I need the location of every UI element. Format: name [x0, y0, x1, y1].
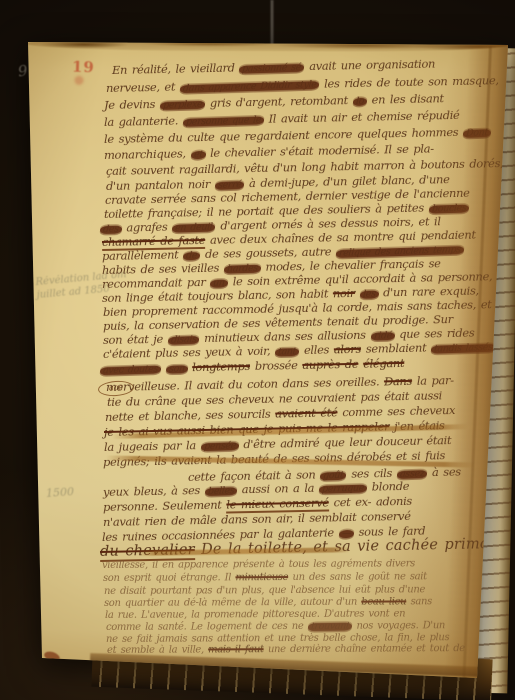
- handwriting-line: son quartier au dé-là même de la ville, …: [104, 596, 432, 609]
- handwriting-segment: monarchiques,: [104, 146, 191, 162]
- handwriting-line: ne disait pourtant pas d'un plus, que l'…: [104, 584, 425, 597]
- handwriting-segment: comme la santé. Le logement de ces ne: [106, 621, 308, 633]
- struck-out-segment: longtemps: [192, 359, 250, 374]
- handwriting-segment: personne. Seulement: [103, 498, 227, 514]
- struck-out-segment: tandis lassés: [431, 344, 496, 354]
- struck-out-segment: et: [190, 151, 206, 159]
- struck-out-segment: perruque: [319, 484, 368, 493]
- struck-out-segment: Dans: [384, 374, 412, 389]
- struck-out-segment: dans apparence Dididir style: [179, 81, 319, 93]
- handwriting-segment: [355, 286, 360, 300]
- handwriting-segment: sans: [406, 596, 432, 607]
- handwriting-segment: à ses: [427, 465, 461, 480]
- handwriting-segment: vieillesse, il en apparence présente à t…: [102, 558, 415, 571]
- struck-out-segment: ridé: [370, 332, 395, 341]
- struck-out-segment: avec doutes: [100, 365, 162, 375]
- struck-out-segment: alors: [334, 342, 361, 357]
- handwriting-segment: la rue. L'avenue, la promenade pittoresq…: [105, 608, 405, 621]
- handwriting-line: la rue. L'avenue, la promenade pittoresq…: [105, 608, 405, 621]
- handwriting-segment: son esprit quoi étrange. Il: [103, 572, 236, 584]
- struck-out-segment: goût: [320, 472, 347, 481]
- struck-out-segment: noir: [333, 286, 355, 300]
- struck-out-segment: belles: [204, 487, 237, 496]
- struck-out-segment: avaient été: [275, 405, 338, 420]
- struck-out-segment: les: [359, 290, 378, 299]
- manuscript-page: 19 Révélation lad om juillet ad 1850 150…: [0, 0, 515, 700]
- handwriting-segment: gris d'argent, retombant: [205, 93, 353, 110]
- struck-out-segment: auprès de: [302, 357, 358, 372]
- handwriting-segment: son état je: [103, 332, 168, 347]
- handwriting-segment: elles: [299, 342, 334, 357]
- struck-out-segment: des: [100, 225, 122, 234]
- handwriting-segment: aussi on a la: [237, 481, 319, 497]
- handwriting-segment: un des sans le goût ne sait: [288, 571, 427, 583]
- handwriting-segment: une dernière chaîne entamée et tout de: [264, 643, 465, 655]
- handwriting-segment: en les disant: [367, 91, 444, 107]
- handwriting-line: et semble à la ville, mais il faut une d…: [107, 643, 465, 656]
- handwriting-segment: nerveuse, et: [106, 80, 180, 95]
- struck-out-segment: minutieuse: [235, 572, 288, 583]
- struck-out-segment: mais il faut: [208, 644, 264, 655]
- handwriting-segment: agrafes: [121, 220, 172, 235]
- handwriting-segment: la jugeais par la: [104, 438, 201, 454]
- struck-out-segment: passionné sé: [239, 64, 305, 74]
- struck-out-segment: disais: [167, 336, 199, 345]
- handwriting-segment: blonde: [367, 479, 410, 494]
- handwriting-segment: la galanterie.: [104, 113, 183, 129]
- handwriting-segment: En réalité, le vieillard: [112, 60, 240, 77]
- handwriting-line: En réalité, le vieillard passionné sé av…: [112, 57, 435, 77]
- struck-out-segment: tant: [275, 348, 300, 357]
- handwriting-segment: nos voyages. D'un: [352, 620, 445, 631]
- handwriting-segment: comme ses cheveux: [337, 403, 455, 419]
- handwriting-segment: sous le fard: [354, 524, 426, 539]
- struck-out-segment: son: [165, 365, 188, 374]
- struck-out-segment: —: [338, 530, 354, 538]
- handwriting-segment: yeux bleus, à ses: [103, 483, 205, 499]
- struck-out-segment: Dont: [463, 129, 492, 138]
- struck-out-segment: serré: [214, 181, 244, 190]
- struck-out-segment: en deuil: [172, 223, 216, 232]
- manuscript-text: En réalité, le vieillard passionné sé av…: [0, 0, 515, 700]
- handwriting-segment: et semble à la ville,: [107, 644, 208, 656]
- struck-out-segment: pensée: [200, 442, 239, 451]
- handwriting-segment: son quartier au dé-là même de la ville, …: [104, 597, 361, 609]
- struck-out-segment: hardes: [223, 265, 261, 274]
- struck-out-segment: beau lieu: [361, 596, 406, 607]
- museum-photo-scene: 9 19 Révélation lad om juillet ad 1850 1…: [0, 0, 515, 700]
- handwriting-segment: Je devins: [104, 97, 160, 112]
- manuscript-page-wrap: 19 Révélation lad om juillet ad 1850 150…: [0, 0, 515, 700]
- handwriting-segment: semblaient: [361, 340, 431, 355]
- handwriting-segment: les rides de toute son masque,: [319, 73, 499, 91]
- struck-out-segment: assez: [396, 470, 427, 479]
- handwriting-segment: cet ex- adonis: [329, 494, 412, 510]
- handwriting-line: vieillesse, il en apparence présente à t…: [102, 558, 415, 571]
- handwriting-line: comme la santé. Le logement de ces ne tr…: [106, 620, 445, 633]
- handwriting-segment: la par-: [412, 373, 454, 388]
- struck-out-segment: perplexe: [159, 101, 205, 110]
- struck-out-segment: boucles: [428, 204, 469, 213]
- handwriting-line: son esprit quoi étrange. Il minutieuse u…: [103, 571, 427, 584]
- struck-out-segment: de: [183, 252, 201, 261]
- struck-out-segment: lo: [352, 98, 367, 106]
- struck-out-segment: trouvant: [307, 622, 352, 631]
- struck-out-segment: un: [210, 279, 228, 288]
- handwriting-segment: [161, 361, 166, 375]
- struck-out-segment: élégant: [363, 356, 404, 371]
- handwriting-segment: Il avait un air et chemise répudié: [264, 108, 460, 126]
- handwriting-segment: avait une organisation: [304, 57, 435, 74]
- handwriting-segment: ne disait pourtant pas d'un plus, que l'…: [104, 584, 425, 597]
- handwriting-segment: brossée: [250, 358, 303, 373]
- struck-out-segment: personne que le: [182, 116, 264, 126]
